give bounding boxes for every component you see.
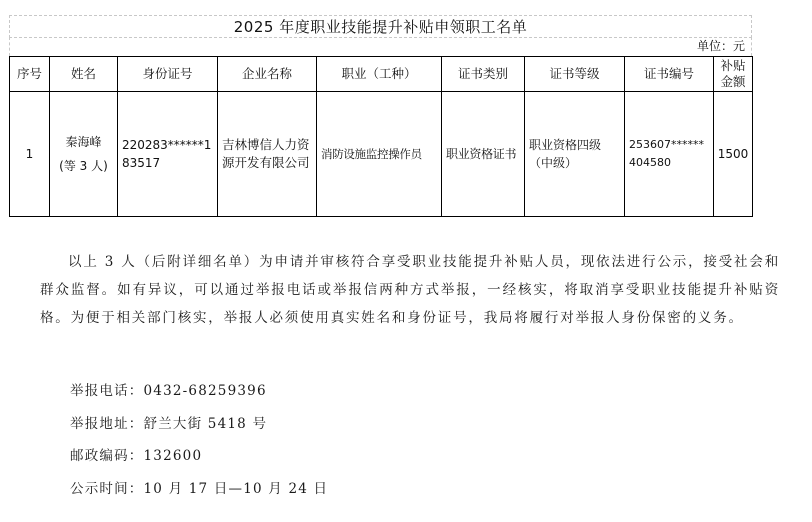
header-amount-line1: 补贴 <box>714 58 752 74</box>
cell-company: 吉林博信人力资源开发有限公司 <box>218 92 317 217</box>
contact-section: 举报电话：0432-68259396 举报地址：舒兰大街 5418 号 邮政编码… <box>70 379 328 509</box>
cell-cert-type: 职业资格证书 <box>442 92 525 217</box>
period-value: 10 月 17 日—10 月 24 日 <box>144 481 329 497</box>
header-amount-line2: 金额 <box>714 74 752 90</box>
cell-seq: 1 <box>10 92 50 217</box>
phone-label: 举报电话： <box>70 383 144 399</box>
cell-cert-number: 253607******404580 <box>625 92 714 217</box>
header-seq: 序号 <box>10 57 50 92</box>
cell-amount: 1500 <box>714 92 753 217</box>
cell-name: 秦海峰 (等 3 人) <box>50 92 118 217</box>
address-label: 举报地址： <box>70 416 144 432</box>
notice-section: 以上 3 人（后附详细名单）为申请并审核符合享受职业技能提升补贴人员，现依法进行… <box>40 248 780 332</box>
unit-label: 单位：元 <box>9 37 752 56</box>
contact-period: 公示时间：10 月 17 日—10 月 24 日 <box>70 477 328 510</box>
cell-cert-level: 职业资格四级 （中级） <box>525 92 625 217</box>
header-cert-number: 证书编号 <box>625 57 714 92</box>
contact-phone: 举报电话：0432-68259396 <box>70 379 328 412</box>
cell-cert-level-line1: 职业资格四级 <box>529 136 620 154</box>
table-row: 1 秦海峰 (等 3 人) 220283******183517 吉林博信人力资… <box>10 92 753 217</box>
header-company: 企业名称 <box>218 57 317 92</box>
phone-value: 0432-68259396 <box>144 383 267 399</box>
postcode-label: 邮政编码： <box>70 448 144 464</box>
header-cert-type: 证书类别 <box>442 57 525 92</box>
header-cert-level: 证书等级 <box>525 57 625 92</box>
header-name: 姓名 <box>50 57 118 92</box>
document-title: 2025 年度职业技能提升补贴申领职工名单 <box>9 15 752 38</box>
contact-postcode: 邮政编码：132600 <box>70 444 328 477</box>
cell-name-count: (等 3 人) <box>54 157 113 175</box>
table-header-row: 序号 姓名 身份证号 企业名称 职业（工种） 证书类别 证书等级 证书编号 补贴… <box>10 57 753 92</box>
period-label: 公示时间： <box>70 481 144 497</box>
header-id-number: 身份证号 <box>118 57 218 92</box>
applicant-table: 序号 姓名 身份证号 企业名称 职业（工种） 证书类别 证书等级 证书编号 补贴… <box>9 56 753 217</box>
cell-name-primary: 秦海峰 <box>54 133 113 151</box>
header-amount: 补贴 金额 <box>714 57 753 92</box>
cell-cert-level-line2: （中级） <box>529 154 620 172</box>
contact-address: 举报地址：舒兰大街 5418 号 <box>70 412 328 445</box>
address-value: 舒兰大街 5418 号 <box>144 416 268 432</box>
header-occupation: 职业（工种） <box>317 57 442 92</box>
cell-id-number: 220283******183517 <box>118 92 218 217</box>
notice-paragraph: 以上 3 人（后附详细名单）为申请并审核符合享受职业技能提升补贴人员，现依法进行… <box>40 248 780 332</box>
postcode-value: 132600 <box>144 448 203 464</box>
cell-occupation: 消防设施监控操作员 <box>317 92 442 217</box>
